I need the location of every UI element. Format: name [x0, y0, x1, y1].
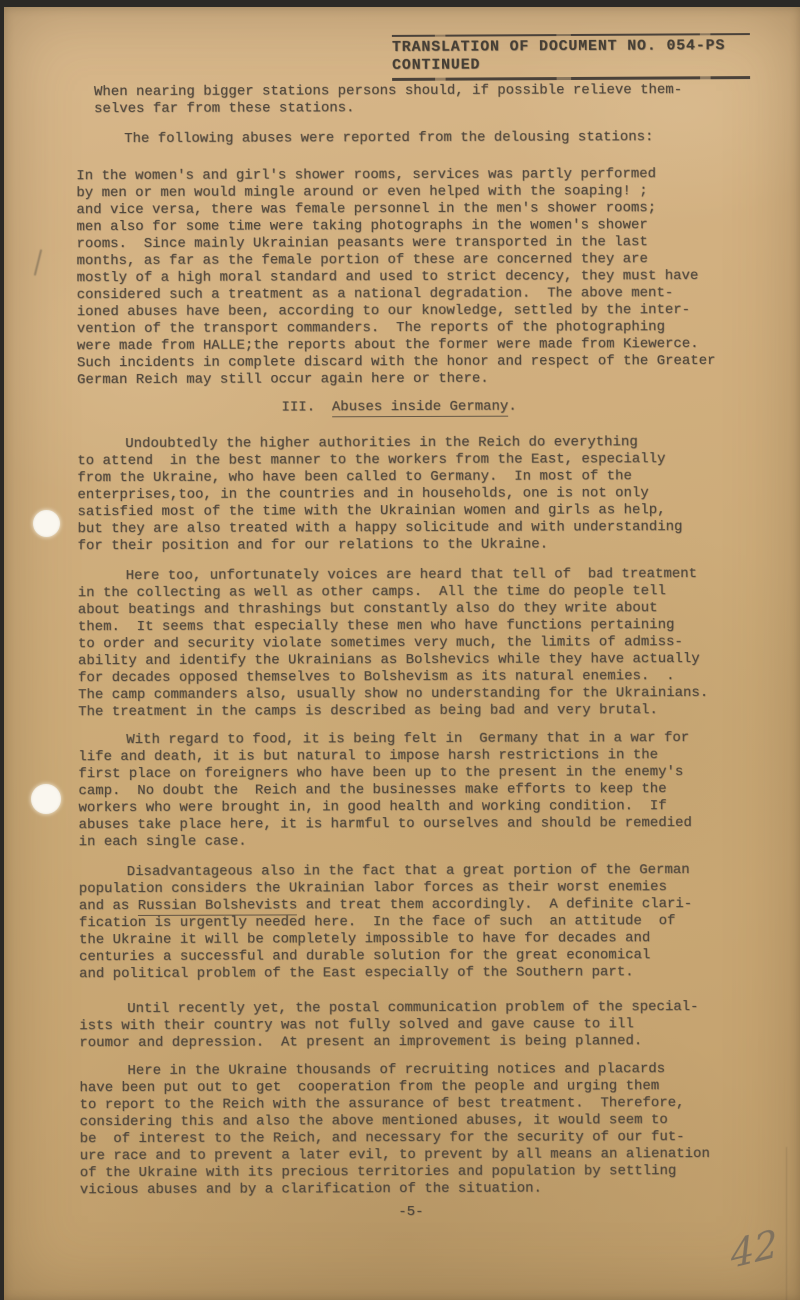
text-line: selves far from these stations.	[76, 99, 748, 118]
text-line: in each single case.	[79, 832, 751, 851]
text-line: Until recently yet, the postal communica…	[79, 999, 751, 1018]
text-line: vicious abuses and by a clarification of…	[80, 1180, 752, 1199]
underlined-text: Russian Bolshevists	[138, 897, 298, 916]
text-line: of the Ukraine with its precious territo…	[80, 1163, 752, 1182]
paragraph: Undoubtedly the higher authorities in th…	[77, 434, 749, 555]
paper-edge-shadow	[786, 1147, 787, 1300]
paragraph: In the women's and girl's shower rooms, …	[76, 166, 749, 389]
page-number: -5-	[80, 1203, 752, 1222]
paragraph: Here too, unfortunately voices are heard…	[78, 566, 751, 721]
text-line: centuries a successful and durable solut…	[79, 947, 751, 966]
text-line: for their position and for our relations…	[78, 536, 750, 555]
paragraph: Until recently yet, the postal communica…	[79, 999, 751, 1052]
header-continued: CONTINUED	[392, 55, 750, 75]
hole-punch-bottom	[31, 784, 61, 814]
document-body: When nearing bigger stations persons sho…	[76, 82, 752, 1222]
pencil-mark	[34, 249, 42, 276]
paragraph: With regard to food, it is being felt in…	[78, 730, 750, 851]
translation-header: TRANSLATION OF DOCUMENT NO. 054-PS CONTI…	[392, 32, 750, 83]
header-title: TRANSLATION OF DOCUMENT NO. 054-PS	[392, 37, 750, 57]
scanned-paper: TRANSLATION OF DOCUMENT NO. 054-PS CONTI…	[4, 7, 800, 1300]
text-line: Such incidents in complete discard with …	[77, 353, 749, 372]
text-line: German Reich may still occur again here …	[77, 370, 749, 389]
text-line: The following abuses were reported from …	[76, 129, 748, 148]
text-line: roumor and depression. At present an imp…	[79, 1033, 751, 1052]
header-rule-top	[392, 33, 750, 37]
text-line: but they are also treated with a happy s…	[78, 519, 750, 538]
paragraph: Disadvantageous also in the fact that a …	[79, 862, 751, 983]
text-segment: and treat them accordingly. A definite c…	[297, 896, 692, 913]
text-segment: and as	[79, 898, 138, 914]
text-line: The treatment in the camps is described …	[78, 702, 750, 721]
section-heading: III. Abuses inside Germany.	[77, 398, 749, 417]
handwritten-page-number: 42	[729, 1221, 779, 1277]
header-rule-bottom	[392, 76, 750, 80]
hole-punch-top	[33, 510, 60, 537]
heading-title: Abuses inside Germany	[332, 399, 508, 418]
paragraph: When nearing bigger stations persons sho…	[76, 82, 748, 118]
text-line: When nearing bigger stations persons sho…	[76, 82, 748, 101]
paragraph: The following abuses were reported from …	[76, 129, 748, 148]
paragraph: Here in the Ukraine thousands of recruit…	[79, 1061, 751, 1199]
heading-period: .	[508, 399, 516, 415]
text-line: to attend in the best manner to the work…	[77, 451, 749, 470]
text-line: abuses take place here, it is harmful to…	[79, 815, 751, 834]
heading-numeral: III.	[281, 399, 331, 415]
text-line: and political problem of the East especi…	[79, 964, 751, 983]
